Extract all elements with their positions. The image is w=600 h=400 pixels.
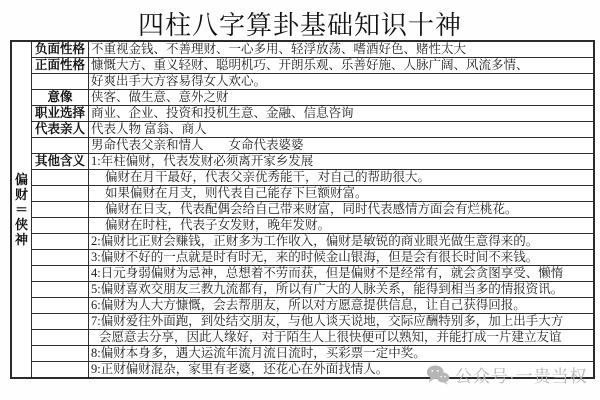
side-label-char: 财 xyxy=(14,187,29,202)
wechat-icon xyxy=(426,364,450,385)
row-content: 偏财在月干最好，代表父亲优秀能干，对自己的帮助很大。 xyxy=(89,170,595,186)
row-label xyxy=(32,218,89,234)
table-row: 意像侠客、做生意、意外之财 xyxy=(11,90,594,106)
row-label xyxy=(32,362,89,379)
row-content: 偏财在时柱，代表子女发财，晚年发财。 xyxy=(89,218,595,234)
row-content: 8:偏财本身多，遇大运流年流月流日流时，买彩票一定中奖。 xyxy=(89,346,595,362)
table-body: 偏财＝侠神负面性格不重视金钱、不善理财、一心多用、轻浮放荡、嗜酒好色、赌性太大正… xyxy=(11,41,594,378)
side-label-char: ＝ xyxy=(14,202,29,217)
table-row: 代表亲人代表人物 富翁、商人 xyxy=(11,122,594,138)
row-label: 代表亲人 xyxy=(32,122,89,138)
row-label xyxy=(32,314,89,330)
table-row: 其他含义1:年柱偏财，代表发财必须离开家乡发展 xyxy=(11,154,594,170)
table-row: 如果偏财在月支，则代表自己能存下巨额财富。 xyxy=(11,186,594,202)
row-content: 慷慨大方、重义轻财、聪明机巧、开朗乐观、乐善好施、人脉广阔、风流多情、 xyxy=(89,58,595,74)
row-content: 偏财在日支，代表配偶会给自己带来财富，同时代表感情方面会有烂桃花。 xyxy=(89,202,595,218)
table-row: 7:偏财爱往外面跑，到处结交朋友，与他人谈天说地，交际应酬特别多，加上出手大方 xyxy=(11,314,594,330)
table-row: 偏财在时柱，代表子女发财，晚年发财。 xyxy=(11,218,594,234)
row-content: 如果偏财在月支，则代表自己能存下巨额财富。 xyxy=(89,186,595,202)
table-row: 4:日元身弱偏财为忌神，总想着不劳而获，但是偏财不是经常有，就会贪图享受、懒惰 xyxy=(11,266,594,282)
side-label-char: 神 xyxy=(14,232,29,247)
row-label xyxy=(32,266,89,282)
table-row: 好爽出手大方容易得女人欢心。 xyxy=(11,74,594,90)
row-label: 职业选择 xyxy=(32,106,89,122)
table-row: 2:偏财比正财会赚钱，正财多为工作收入，偏财是敏锐的商业眼光做生意得来的。 xyxy=(11,234,594,250)
table-row: 偏财在月干最好，代表父亲优秀能干，对自己的帮助很大。 xyxy=(11,170,594,186)
row-content: 1:年柱偏财，代表发财必须离开家乡发展 xyxy=(89,154,595,170)
table-row: 5:偏财喜欢交朋友三教九流都有，所以有广大的人脉关系，能得到相当多的情报资讯。 xyxy=(11,282,594,298)
row-content: 3:偏财不好的一点就是时有时无，来的时候金山银海，但是会有很长时间不来钱。 xyxy=(89,250,595,266)
side-label-char: 侠 xyxy=(14,217,29,232)
row-content: 商业、企业、投资和投机生意、金融、信息咨询 xyxy=(89,106,595,122)
row-label xyxy=(32,186,89,202)
page-title: 四柱八字算卦基础知识十神 xyxy=(0,0,600,42)
row-content: 7:偏财爱往外面跑，到处结交朋友，与他人谈天说地，交际应酬特别多，加上出手大方 xyxy=(89,314,595,330)
row-label: 其他含义 xyxy=(32,154,89,170)
row-content: 不重视金钱、不善理财、一心多用、轻浮放荡、嗜酒好色、赌性太大 xyxy=(89,41,595,58)
row-content: 2:偏财比正财会赚钱，正财多为工作收入，偏财是敏锐的商业眼光做生意得来的。 xyxy=(89,234,595,250)
row-label xyxy=(32,234,89,250)
table-row: 6:偏财为人大方慷慨，会去帮朋友，所以对方愿意提供信息，让自己获得回报。 xyxy=(11,298,594,314)
row-label xyxy=(32,74,89,90)
row-label xyxy=(32,202,89,218)
row-label xyxy=(32,298,89,314)
row-label xyxy=(32,170,89,186)
row-content: 代表人物 富翁、商人 xyxy=(89,122,595,138)
page: 四柱八字算卦基础知识十神 偏财＝侠神负面性格不重视金钱、不善理财、一心多用、轻浮… xyxy=(0,0,600,400)
row-label: 负面性格 xyxy=(32,41,89,58)
row-label: 正面性格 xyxy=(32,58,89,74)
row-content: 5:偏财喜欢交朋友三教九流都有，所以有广大的人脉关系，能得到相当多的情报资讯。 xyxy=(89,282,595,298)
row-label xyxy=(32,282,89,298)
row-label xyxy=(32,330,89,346)
row-content: 好爽出手大方容易得女人欢心。 xyxy=(89,74,595,90)
row-content: 侠客、做生意、意外之财 xyxy=(89,90,595,106)
row-content: 会愿意去分享，因此人缘好，对于陌生人上很快便可以熟知，并能打成一片建立友谊 xyxy=(89,330,595,346)
row-content: 6:偏财为人大方慷慨，会去帮朋友，所以对方愿意提供信息，让自己获得回报。 xyxy=(89,298,595,314)
row-label: 意像 xyxy=(32,90,89,106)
row-label xyxy=(32,138,89,154)
row-label xyxy=(32,250,89,266)
watermark-text: 公众号·一贵当权 xyxy=(455,362,588,387)
row-content: 男命代表父亲和情人 女命代表婆婆 xyxy=(89,138,595,154)
table-row: 会愿意去分享，因此人缘好，对于陌生人上很快便可以熟知，并能打成一片建立友谊 xyxy=(11,330,594,346)
row-label xyxy=(32,346,89,362)
table-row: 偏财＝侠神负面性格不重视金钱、不善理财、一心多用、轻浮放荡、嗜酒好色、赌性太大 xyxy=(11,41,594,58)
side-label-char: 偏 xyxy=(14,172,29,187)
row-content: 4:日元身弱偏财为忌神，总想着不劳而获，但是偏财不是经常有，就会贪图享受、懒惰 xyxy=(89,266,595,282)
table-row: 职业选择商业、企业、投资和投机生意、金融、信息咨询 xyxy=(11,106,594,122)
table-row: 3:偏财不好的一点就是时有时无，来的时候金山银海，但是会有很长时间不来钱。 xyxy=(11,250,594,266)
ten-gods-table: 偏财＝侠神负面性格不重视金钱、不善理财、一心多用、轻浮放荡、嗜酒好色、赌性太大正… xyxy=(10,40,595,379)
table-row: 8:偏财本身多，遇大运流年流月流日流时，买彩票一定中奖。 xyxy=(11,346,594,362)
table-row: 偏财在日支，代表配偶会给自己带来财富，同时代表感情方面会有烂桃花。 xyxy=(11,202,594,218)
watermark: 公众号·一贵当权 xyxy=(426,362,588,387)
table-row: 正面性格慷慨大方、重义轻财、聪明机巧、开朗乐观、乐善好施、人脉广阔、风流多情、 xyxy=(11,58,594,74)
table-row: 男命代表父亲和情人 女命代表婆婆 xyxy=(11,138,594,154)
side-label-piancai: 偏财＝侠神 xyxy=(11,41,32,378)
